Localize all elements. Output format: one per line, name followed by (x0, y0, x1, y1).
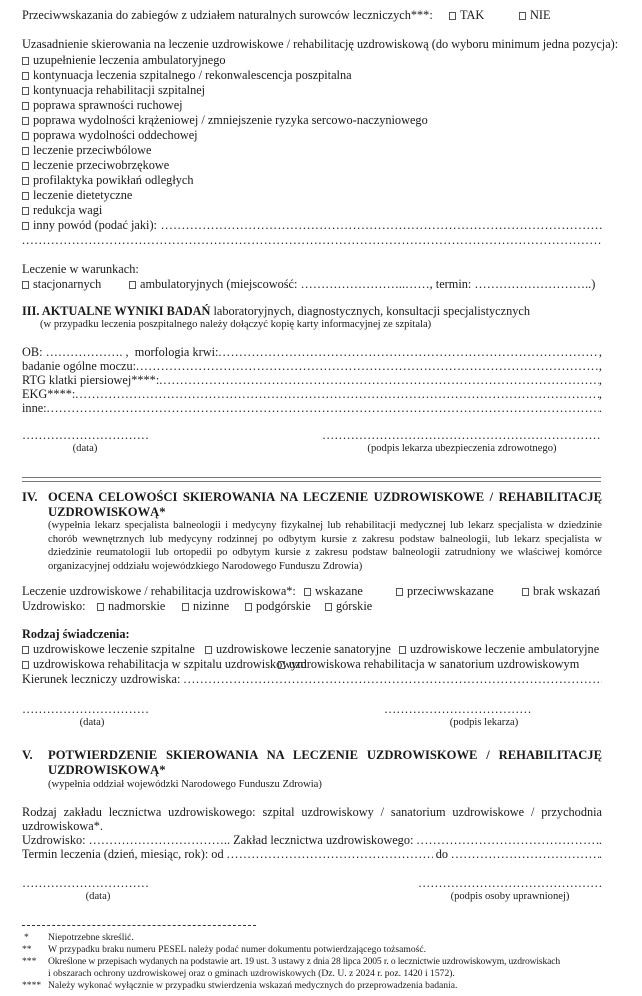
justification-item[interactable]: leczenie przeciwbólowe (22, 143, 151, 158)
section3-signature-field[interactable] (322, 428, 602, 443)
checkbox-icon[interactable] (22, 661, 29, 669)
treatment-term-row: Termin leczenia (dzień, miesiąc, rok): o… (22, 847, 602, 862)
justification-item[interactable]: redukcja wagi (22, 203, 102, 218)
direction-row: Kierunek leczniczy uzdrowiska: (22, 672, 602, 687)
checkbox-icon[interactable] (22, 192, 29, 200)
justification-item[interactable]: leczenie przeciwobrzękowe (22, 158, 169, 173)
service-type-label: Rodzaj świadczenia: (22, 627, 130, 642)
justification-item[interactable]: leczenie dietetyczne (22, 188, 132, 203)
checkbox-icon[interactable] (22, 281, 29, 289)
direction-field[interactable] (184, 672, 602, 687)
justification-item[interactable]: poprawa wydolności oddechowej (22, 128, 198, 143)
checkbox-icon[interactable] (182, 603, 189, 611)
checkbox-icon[interactable] (22, 147, 29, 155)
footnote-mark: ** (22, 944, 32, 957)
section4-signature-field[interactable] (384, 702, 532, 717)
ob-morphology-row: OB: ………………. , morfologia krwi: , (22, 345, 602, 360)
justification-item[interactable]: poprawa wydolności krążeniowej / zmniejs… (22, 113, 428, 128)
justification-item-other[interactable]: inny powód (podać jaki): (22, 218, 602, 233)
footnote-text: Określone w przepisach wydanych na podst… (48, 956, 560, 969)
checkbox-icon[interactable] (22, 102, 29, 110)
assessment-option-indicated[interactable]: wskazane (304, 584, 363, 599)
ekg-row: EKG****:, (22, 387, 602, 402)
checkbox-icon[interactable] (304, 588, 311, 596)
other-reason-field-line2[interactable] (22, 233, 602, 248)
section3-note: (w przypadku leczenia poszpitalnego nale… (40, 318, 431, 331)
footnote-text: Należy wykonać wyłącznie w przypadku stw… (48, 980, 457, 993)
footnote-text: W przypadku braku numeru PESEL należy po… (48, 944, 426, 957)
morphology-field[interactable] (218, 345, 599, 360)
conditions-ambulatory-option[interactable]: ambulatoryjnych (miejscowość: ……………………..… (129, 277, 595, 292)
ekg-field[interactable] (75, 387, 599, 402)
footnote-mark: **** (22, 980, 41, 993)
section3-signature-caption: (podpis lekarza ubezpieczenia zdrowotneg… (322, 442, 602, 455)
footnote-mark: * (24, 932, 29, 945)
justification-label: Uzasadnienie skierowania na leczenie uzd… (22, 37, 618, 52)
rtg-field[interactable] (159, 373, 599, 388)
facility-type-line2: uzdrowiskowa*. (22, 819, 103, 834)
assessment-option-contraindicated[interactable]: przeciwwskazane (396, 584, 494, 599)
section5-note: (wypełnia oddział wojewódzki Narodowego … (48, 778, 322, 791)
checkbox-icon[interactable] (22, 132, 29, 140)
place-field[interactable]: ……………………..…… (301, 277, 430, 291)
footnote-separator (22, 925, 256, 926)
checkbox-icon[interactable] (325, 603, 332, 611)
contraindications-nie-option[interactable]: NIE (519, 8, 551, 23)
service-option-sanatorium[interactable]: uzdrowiskowe leczenie sanatoryjne (205, 642, 391, 657)
section4-date-caption: (data) (22, 716, 162, 729)
urine-row: badanie ogólne moczu:, (22, 359, 602, 374)
checkbox-icon[interactable] (22, 222, 29, 230)
checkbox-icon[interactable] (22, 177, 29, 185)
justification-item[interactable]: kontynuacja leczenia szpitalnego / rekon… (22, 68, 352, 83)
checkbox-icon[interactable] (205, 646, 212, 654)
justification-item[interactable]: uzupełnienie leczenia ambulatoryjnego (22, 53, 226, 68)
assessment-option-none[interactable]: brak wskazań (522, 584, 600, 599)
rtg-row: RTG klatki piersiowej****:, (22, 373, 602, 388)
section3-title: III. AKTUALNE WYNIKI BADAŃ laboratoryjny… (22, 304, 530, 319)
checkbox-icon[interactable] (449, 12, 456, 20)
resort-option-lowland[interactable]: nizinne (182, 599, 229, 614)
footnote-text: Niepotrzebne skreślić. (48, 932, 134, 945)
resort-option-mountain[interactable]: górskie (325, 599, 372, 614)
justification-item[interactable]: poprawa sprawności ruchowej (22, 98, 183, 113)
service-option-hospital[interactable]: uzdrowiskowe leczenie szpitalne (22, 642, 195, 657)
other-row: inne:. (22, 401, 602, 416)
justification-item[interactable]: profilaktyka powikłań odległych (22, 173, 194, 188)
resort-name-field[interactable]: …………………………….. (89, 833, 230, 848)
resort-option-foothill[interactable]: podgórskie (245, 599, 311, 614)
contraindications-label: Przeciwwskazania do zabiegów z udziałem … (22, 8, 433, 23)
checkbox-icon[interactable] (97, 603, 104, 611)
term-from-field[interactable] (227, 847, 433, 862)
ob-field[interactable]: ………………. , (46, 345, 129, 360)
resort-option-seaside[interactable]: nadmorskie (97, 599, 165, 614)
conditions-stationary-option[interactable]: stacjonarnych (22, 277, 101, 292)
resort-facility-row: Uzdrowisko: …………………………….. Zakład lecznic… (22, 833, 602, 848)
checkbox-icon[interactable] (399, 646, 406, 654)
facility-name-field[interactable] (416, 833, 598, 848)
checkbox-icon[interactable] (245, 603, 252, 611)
checkbox-icon[interactable] (22, 207, 29, 215)
double-separator (22, 477, 601, 482)
checkbox-icon[interactable] (22, 162, 29, 170)
checkbox-icon[interactable] (278, 661, 285, 669)
other-reason-field[interactable] (161, 218, 602, 233)
section5-title: V. POTWIERDZENIE SKIEROWANIA NA LECZENIE… (22, 748, 602, 778)
term-to-field[interactable] (451, 847, 599, 862)
section3-date-field[interactable] (22, 428, 148, 443)
service-option-rehab-sanatorium[interactable]: uzdrowiskowa rehabilitacja w sanatorium … (278, 657, 579, 672)
facility-type-line1: Rodzaj zakładu lecznictwa uzdrowiskowego… (22, 805, 602, 820)
footnote-mark: *** (22, 956, 36, 969)
urine-field[interactable] (136, 359, 599, 374)
section5-signature-field[interactable] (418, 876, 602, 891)
section4-title: IV. OCENA CELOWOŚCI SKIEROWANIA NA LECZE… (22, 490, 602, 520)
checkbox-icon[interactable] (22, 57, 29, 65)
service-option-ambulatory[interactable]: uzdrowiskowe leczenie ambulatoryjne (399, 642, 599, 657)
section5-date-caption: (data) (22, 890, 174, 903)
section4-note: (wypełnia lekarz specjalista balneologii… (48, 519, 602, 573)
checkbox-icon[interactable] (396, 588, 403, 596)
term-field[interactable]: ………………………..) (474, 277, 595, 291)
section3-date-caption: (data) (22, 442, 148, 455)
section5-date-field[interactable] (22, 876, 148, 891)
contraindications-tak-option[interactable]: TAK (449, 8, 484, 23)
section5-signature-caption: (podpis osoby uprawnionej) (410, 890, 610, 903)
checkbox-icon[interactable] (522, 588, 529, 596)
justification-item[interactable]: kontynuacja rehabilitacji szpitalnej (22, 83, 205, 98)
footnote-text-cont: i obszarach ochrony uzdrowiskowej oraz o… (48, 968, 455, 981)
assessment-label: Leczenie uzdrowiskowe / rehabilitacja uz… (22, 584, 296, 599)
checkbox-icon[interactable] (22, 646, 29, 654)
other-tests-field[interactable] (47, 401, 599, 416)
section4-date-field[interactable] (22, 702, 150, 717)
section4-signature-caption: (podpis lekarza) (384, 716, 584, 729)
checkbox-icon[interactable] (22, 117, 29, 125)
checkbox-icon[interactable] (129, 281, 136, 289)
service-option-rehab-hospital[interactable]: uzdrowiskowa rehabilitacja w szpitalu uz… (22, 657, 307, 672)
resort-type-label: Uzdrowisko: (22, 599, 86, 614)
conditions-label: Leczenie w warunkach: (22, 262, 139, 277)
checkbox-icon[interactable] (22, 87, 29, 95)
checkbox-icon[interactable] (519, 12, 526, 20)
checkbox-icon[interactable] (22, 72, 29, 80)
